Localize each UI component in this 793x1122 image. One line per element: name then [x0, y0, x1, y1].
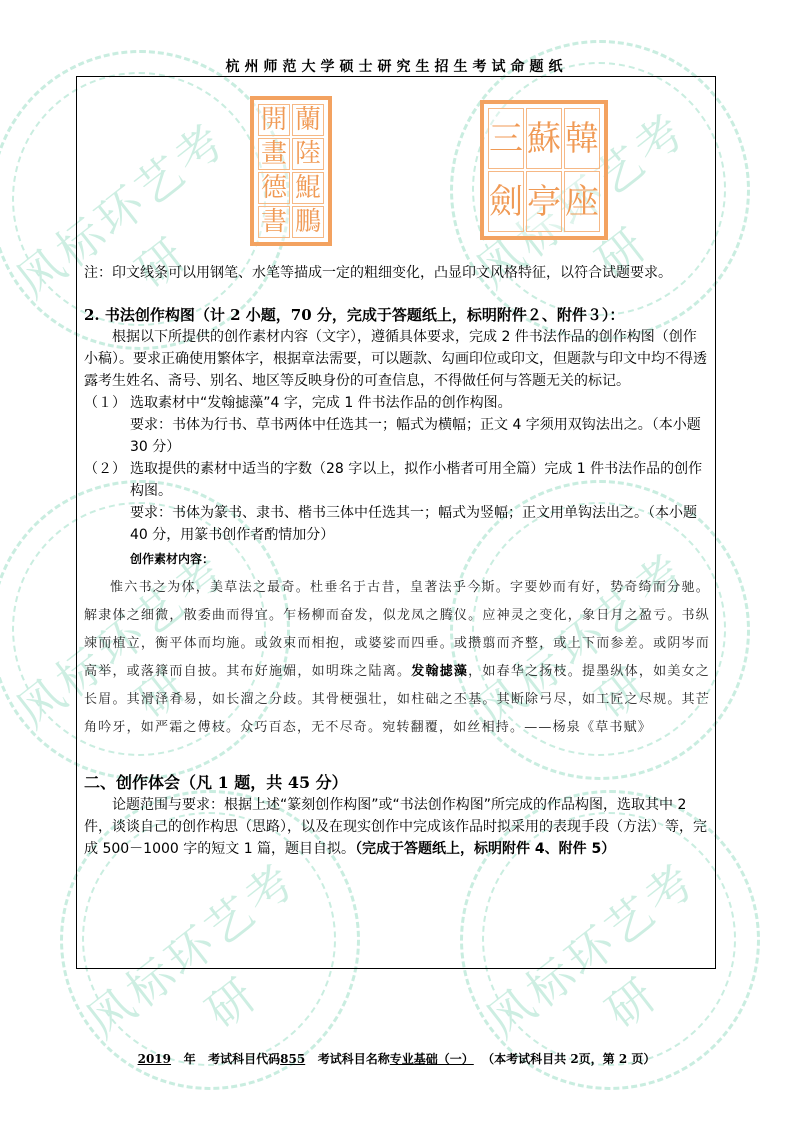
page-title: 杭州师范大学硕士研究生招生考试命题纸 [0, 56, 793, 76]
sub-question-requirement: 要求：书体为篆书、隶书、楷书三体中任选其一；幅式为竖幅；正文用单钩法出之。（本小… [84, 502, 710, 546]
subject-name: 专业基础（一） [390, 1052, 474, 1066]
seal-note: 注：印文线条可以用钢笔、水笔等描成一定的粗细变化，凸显印文风格特征，以符合试题要… [84, 262, 710, 284]
seal-glyph: 座 [564, 171, 600, 232]
seal-glyph: 陸 [292, 138, 324, 170]
seal-glyph: 蘭 [292, 104, 324, 136]
calligraphy-intro: 根据以下所提供的创作素材内容（文字），遵循具体要求，完成 2 件书法作品的创作构… [84, 326, 710, 392]
subject-code: 855 [280, 1052, 305, 1066]
footer: 2019 年 考试科目代码855 考试科目名称专业基础（一） （本考试科目共 2… [0, 1050, 793, 1067]
seal-glyph: 畫 [258, 138, 290, 170]
sub-question-1: （１） 选取素材中“发翰摅藻”4 字，完成 1 件书法作品的创作构图。 [84, 392, 710, 414]
seal-glyph: 蘇 [526, 108, 562, 169]
seal-glyph: 德 [258, 172, 290, 204]
subject-name-label: 考试科目名称 [318, 1052, 390, 1066]
seal-glyph: 韓 [564, 108, 600, 169]
seal-image-right: 三 蘇 韓 劍 亭 座 [480, 100, 608, 240]
seal-image-left: 開 蘭 畫 陸 德 鯤 書 鵬 [250, 96, 332, 246]
reflection-text: 论题范围与要求：根据上述“篆刻创作构图”或“书法创作构图”所完成的作品构图，选取… [84, 794, 710, 860]
seal-glyph: 鵬 [292, 206, 324, 238]
seal-glyph: 鯤 [292, 172, 324, 204]
year-suffix: 年 [184, 1052, 196, 1066]
sub-question-requirement: 要求：书体为行书、草书两体中任选其一；幅式为横幅；正文 4 字须用双钩法出之。（… [84, 414, 710, 458]
section-heading-reflection: 二、创作体会（凡 1 题，共 45 分） [84, 772, 710, 794]
sub-question-number: （１） [84, 392, 130, 414]
sub-question-2: （２） 选取提供的素材中适当的字数（28 字以上，拟作小楷者可用全篇）完成 1 … [84, 458, 710, 502]
seal-glyph: 三 [488, 108, 524, 169]
page-info: （本考试科目共 2页，第 2 页） [482, 1052, 655, 1066]
sub-question-text: 选取提供的素材中适当的字数（28 字以上，拟作小楷者可用全篇）完成 1 件书法作… [130, 458, 710, 502]
material-text: 惟六书之为体，美草法之最奇。杜垂名于古昔，皇著法乎今斯。字要妙而有好，势奇绮而分… [84, 574, 710, 742]
reflection-section: 二、创作体会（凡 1 题，共 45 分） 论题范围与要求：根据上述“篆刻创作构图… [84, 772, 710, 860]
sub-question-text: 选取素材中“发翰摅藻”4 字，完成 1 件书法作品的创作构图。 [130, 392, 710, 414]
section-heading-calligraphy: 2. 书法创作构图（计 2 小题，70 分，完成于答题纸上，标明附件２、附件３）… [84, 304, 710, 326]
seal-glyph: 書 [258, 206, 290, 238]
exam-year: 2019 [138, 1052, 171, 1066]
question-content: 注：印文线条可以用钢笔、水笔等描成一定的粗细变化，凸显印文风格特征，以符合试题要… [84, 262, 710, 742]
reflection-instruction: （完成于答题纸上，标明附件 4、附件 5） [355, 841, 615, 857]
sub-question-number: （２） [84, 458, 130, 502]
subject-code-label: 考试科目代码 [208, 1052, 280, 1066]
seal-glyph: 亭 [526, 171, 562, 232]
material-highlight: 发翰摅藻 [411, 664, 468, 679]
seal-glyph: 劍 [488, 171, 524, 232]
seal-glyph: 開 [258, 104, 290, 136]
material-label: 创作素材内容： [84, 548, 710, 570]
